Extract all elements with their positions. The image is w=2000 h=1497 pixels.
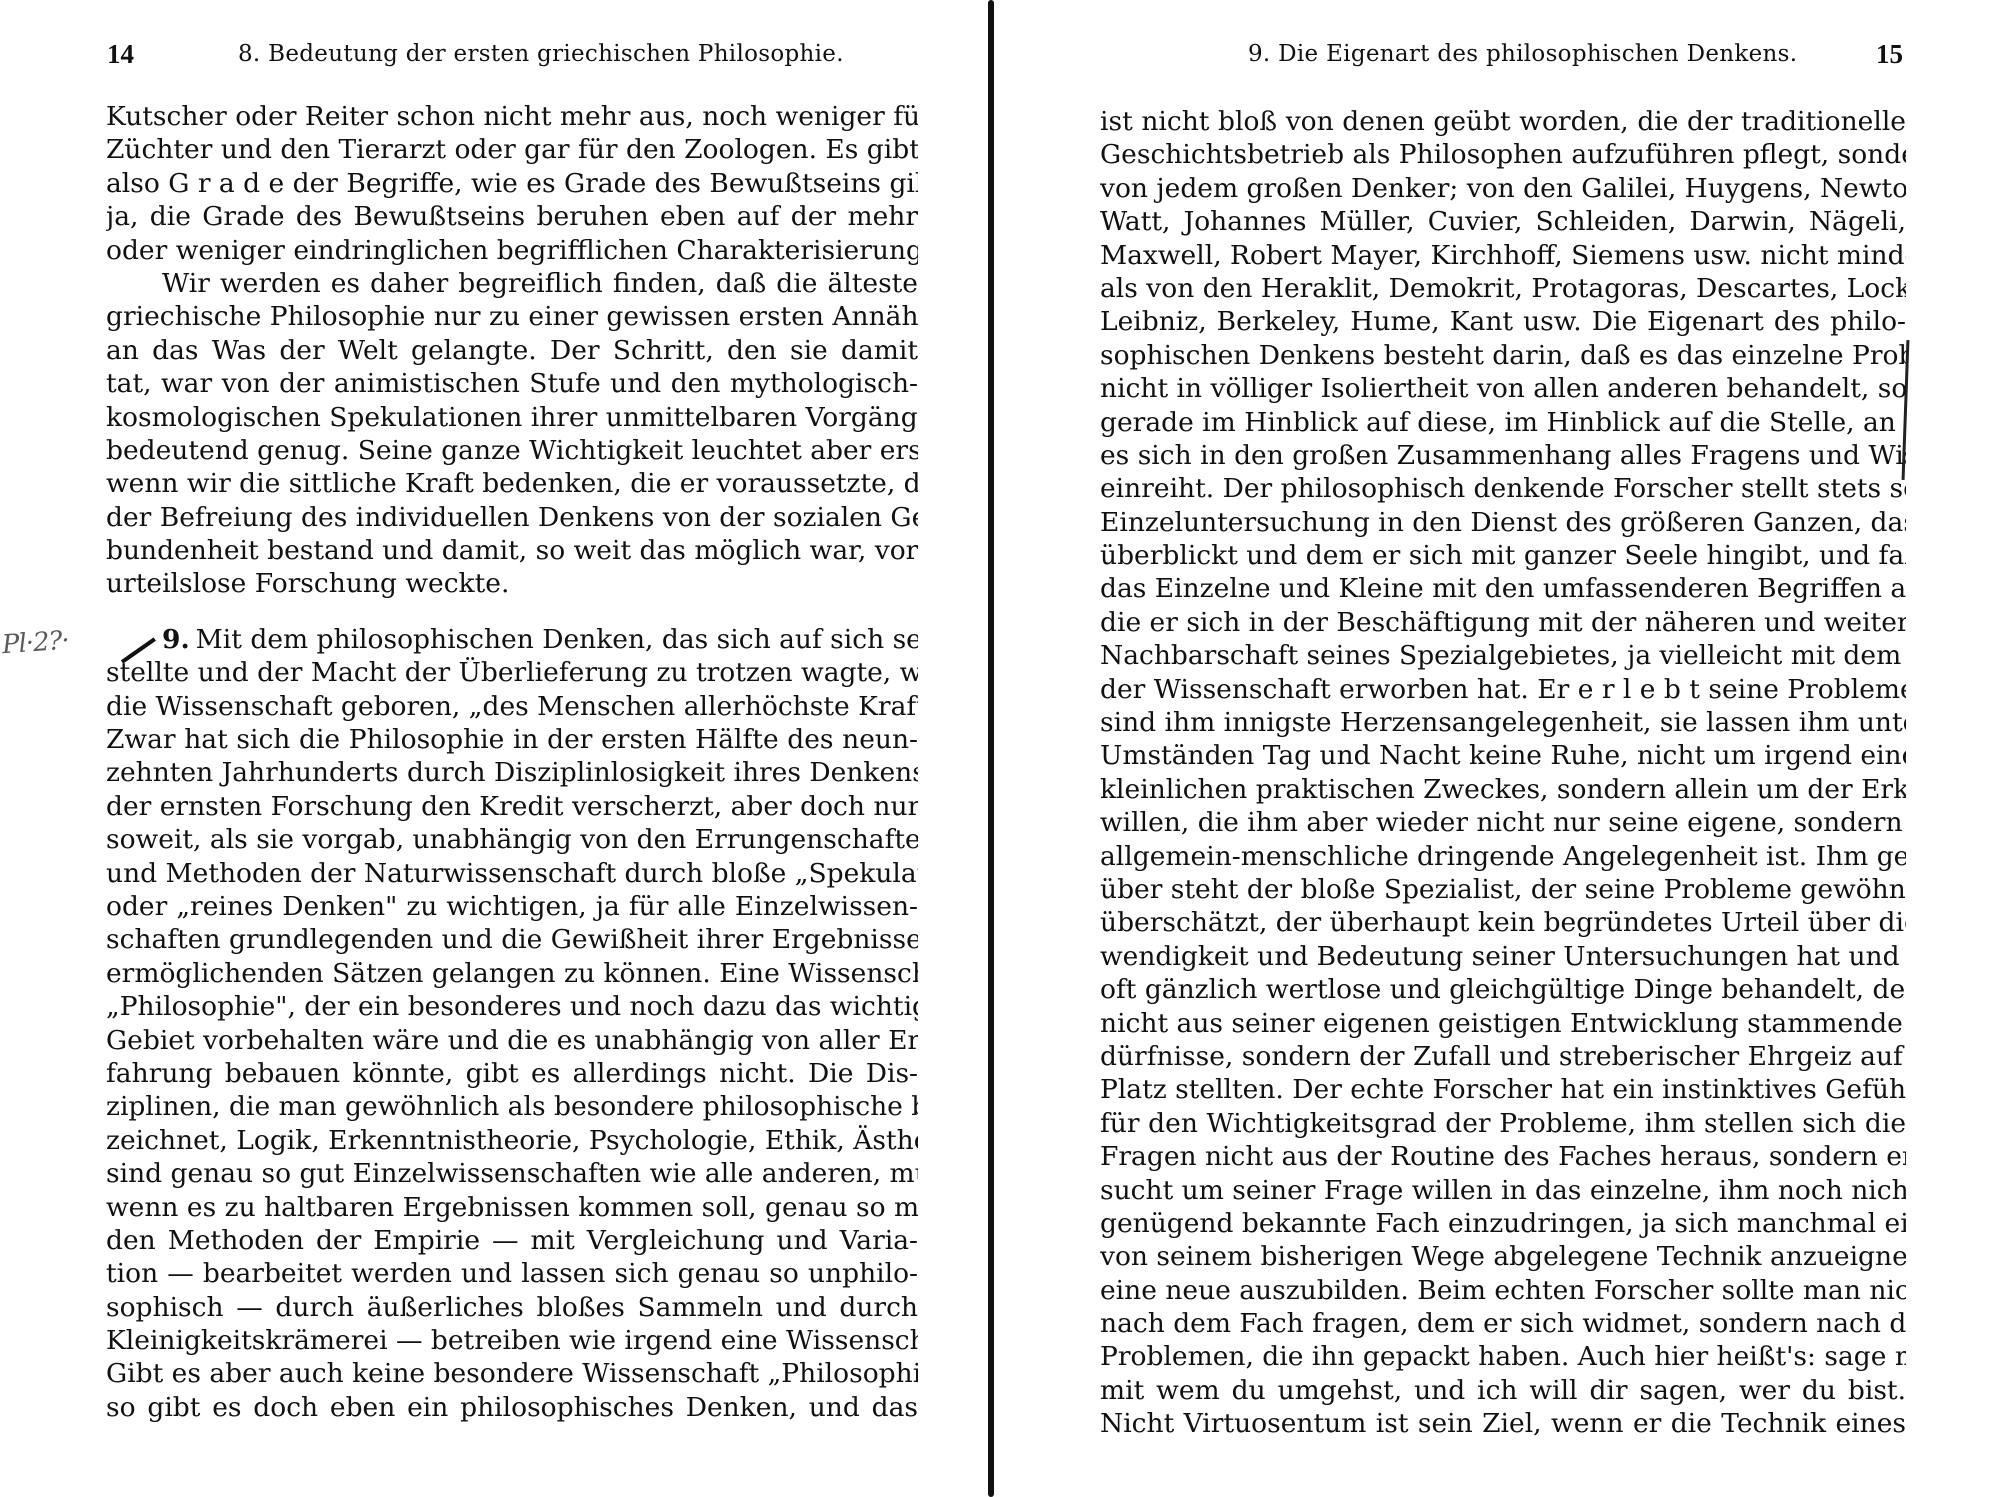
text-line: sophischen Denkens besteht darin, daß es… [1100, 339, 1906, 372]
text-line: sucht um seiner Frage willen in das einz… [1100, 1174, 1906, 1207]
text-line: die Wissenschaft geboren, „des Menschen … [106, 690, 918, 723]
left-page: 14 8. Bedeutung der ersten griechischen … [0, 0, 990, 1497]
section-first-line: 9.Mit dem philosophischen Denken, das si… [106, 623, 918, 656]
text-line: kleinlichen praktischen Zweckes, sondern… [1100, 773, 1906, 806]
text-line: Maxwell, Robert Mayer, Kirchhoff, Siemen… [1100, 239, 1906, 272]
text-line: Leibniz, Berkeley, Hume, Kant usw. Die E… [1100, 305, 1906, 338]
text-line: sind genau so gut Einzelwissenschaften w… [106, 1157, 918, 1190]
page-number: 14 [107, 34, 134, 74]
text-line: dürfnisse, sondern der Zufall und strebe… [1100, 1040, 1906, 1073]
right-body-text: ist nicht bloß von denen geübt worden, d… [1100, 105, 1906, 1441]
text-line: ziplinen, die man gewöhnlich als besonde… [106, 1090, 918, 1123]
text-line: der Wissenschaft erworben hat. Er e r l … [1100, 673, 1906, 706]
text-line: und Methoden der Naturwissenschaft durch… [106, 857, 918, 890]
text-line: Problemen, die ihn gepackt haben. Auch h… [1100, 1340, 1906, 1373]
text-line: Platz stellten. Der echte Forscher hat e… [1100, 1073, 1906, 1106]
text-line: zeichnet, Logik, Erkenntnistheorie, Psyc… [106, 1124, 918, 1157]
text-line: Kutscher oder Reiter schon nicht mehr au… [106, 100, 918, 133]
text-line: schaften grundlegenden und die Gewißheit… [106, 923, 918, 956]
running-head: 9. Die Eigenart des philosophischen Denk… [1248, 34, 1797, 74]
text-line: einreiht. Der philosophisch denkende For… [1100, 472, 1906, 505]
running-head: 8. Bedeutung der ersten griechischen Phi… [238, 34, 844, 74]
text-line: Umständen Tag und Nacht keine Ruhe, nich… [1100, 739, 1906, 772]
text-line: Nicht Virtuosentum ist sein Ziel, wenn e… [1100, 1407, 1906, 1440]
text-line: tat, war von der animistischen Stufe und… [106, 367, 918, 400]
section-first-line-text: Mit dem philosophischen Denken, das sich… [196, 624, 918, 655]
text-line: ermöglichenden Sätzen gelangen zu können… [106, 957, 918, 990]
text-line: willen, die ihm aber wieder nicht nur se… [1100, 806, 1906, 839]
text-line: oft gänzlich wertlose und gleichgültige … [1100, 973, 1906, 1006]
text-line: Kleinigkeitskrämerei — betreiben wie irg… [106, 1324, 918, 1357]
text-line: über steht der bloße Spezialist, der sei… [1100, 873, 1906, 906]
text-line: das Einzelne und Kleine mit den umfassen… [1100, 572, 1906, 605]
right-page: 9. Die Eigenart des philosophischen Denk… [996, 0, 2000, 1497]
text-line: von jedem großen Denker; von den Galilei… [1100, 172, 1906, 205]
text-line: nicht in völliger Isoliertheit von allen… [1100, 372, 1906, 405]
text-line: oder weniger eindringlichen begriffliche… [106, 234, 918, 267]
text-line: also G r a d e der Begriffe, wie es Grad… [106, 167, 918, 200]
text-line: Zwar hat sich die Philosophie in der ers… [106, 723, 918, 756]
text-line: wendigkeit und Bedeutung seiner Untersuc… [1100, 940, 1906, 973]
text-line: Einzeluntersuchung in den Dienst des grö… [1100, 506, 1906, 539]
text-line: an das Was der Welt gelangte. Der Schrit… [106, 334, 918, 367]
section-number: 9. [162, 624, 190, 655]
text-line: für den Wichtigkeitsgrad der Probleme, i… [1100, 1107, 1906, 1140]
text-line: urteilslose Forschung weckte. [106, 567, 918, 600]
text-line: genügend bekannte Fach einzudringen, ja … [1100, 1207, 1906, 1240]
text-line: Fragen nicht aus der Routine des Faches … [1100, 1140, 1906, 1173]
left-body-text: Kutscher oder Reiter schon nicht mehr au… [106, 100, 918, 1424]
text-line: es sich in den großen Zusammenhang alles… [1100, 439, 1906, 472]
text-line: der Befreiung des individuellen Denkens … [106, 501, 918, 534]
text-line: sophisch — durch äußerliches bloßes Samm… [106, 1291, 918, 1324]
text-line: mit wem du umgehst, und ich will dir sag… [1100, 1374, 1906, 1407]
text-line: oder „reines Denken" zu wichtigen, ja fü… [106, 890, 918, 923]
text-line: von seinem bisherigen Wege abgelegene Te… [1100, 1240, 1906, 1273]
text-line: soweit, als sie vorgab, unabhängig von d… [106, 823, 918, 856]
text-line: griechische Philosophie nur zu einer gew… [106, 300, 918, 333]
paragraph-gap [106, 601, 918, 623]
text-line: überschätzt, der überhaupt kein begründe… [1100, 906, 1906, 939]
text-line: tion — bearbeitet werden und lassen sich… [106, 1257, 918, 1290]
page-number: 15 [1876, 34, 1903, 74]
text-line: eine neue auszubilden. Beim echten Forsc… [1100, 1274, 1906, 1307]
text-line: die er sich in der Beschäftigung mit der… [1100, 606, 1906, 639]
book-spine [988, 0, 994, 1497]
text-line: so gibt es doch eben ein philosophisches… [106, 1391, 918, 1424]
text-line: bundenheit bestand und damit, so weit da… [106, 534, 918, 567]
text-line: nach dem Fach fragen, dem er sich widmet… [1100, 1307, 1906, 1340]
text-line: nicht aus seiner eigenen geistigen Entwi… [1100, 1007, 1906, 1040]
text-line: Züchter und den Tierarzt oder gar für de… [106, 133, 918, 166]
text-line: Wir werden es daher begreiflich finden, … [106, 267, 918, 300]
text-line: wenn es zu haltbaren Ergebnissen kommen … [106, 1191, 918, 1224]
text-line: gerade im Hinblick auf diese, im Hinblic… [1100, 406, 1906, 439]
text-line: Watt, Johannes Müller, Cuvier, Schleiden… [1100, 205, 1906, 238]
text-line: wenn wir die sittliche Kraft bedenken, d… [106, 467, 918, 500]
text-line: Gibt es aber auch keine besondere Wissen… [106, 1357, 918, 1390]
text-line: den Methoden der Empirie — mit Vergleich… [106, 1224, 918, 1257]
text-line: zehnten Jahrhunderts durch Disziplinlosi… [106, 756, 918, 789]
text-line: als von den Heraklit, Demokrit, Protagor… [1100, 272, 1906, 305]
text-line: Nachbarschaft seines Spezialgebietes, ja… [1100, 639, 1906, 672]
text-line: sind ihm innigste Herzensangelegenheit, … [1100, 706, 1906, 739]
text-line: überblickt und dem er sich mit ganzer Se… [1100, 539, 1906, 572]
text-line: bedeutend genug. Seine ganze Wichtigkeit… [106, 434, 918, 467]
text-line: ist nicht bloß von denen geübt worden, d… [1100, 105, 1906, 138]
text-line: „Philosophie", der ein besonderes und no… [106, 990, 918, 1023]
text-line: kosmologischen Spekulationen ihrer unmit… [106, 401, 918, 434]
text-line: allgemein-menschliche dringende Angelege… [1100, 840, 1906, 873]
text-line: der ernsten Forschung den Kredit versche… [106, 790, 918, 823]
handwritten-margin-annotation: Pl·2?· [1, 626, 70, 661]
text-line: stellte und der Macht der Überlieferung … [106, 656, 918, 689]
text-line: fahrung bebauen könnte, gibt es allerdin… [106, 1057, 918, 1090]
text-line: Geschichtsbetrieb als Philosophen aufzuf… [1100, 138, 1906, 171]
text-line: ja, die Grade des Bewußtseins beruhen eb… [106, 200, 918, 233]
text-line: Gebiet vorbehalten wäre und die es unabh… [106, 1024, 918, 1057]
